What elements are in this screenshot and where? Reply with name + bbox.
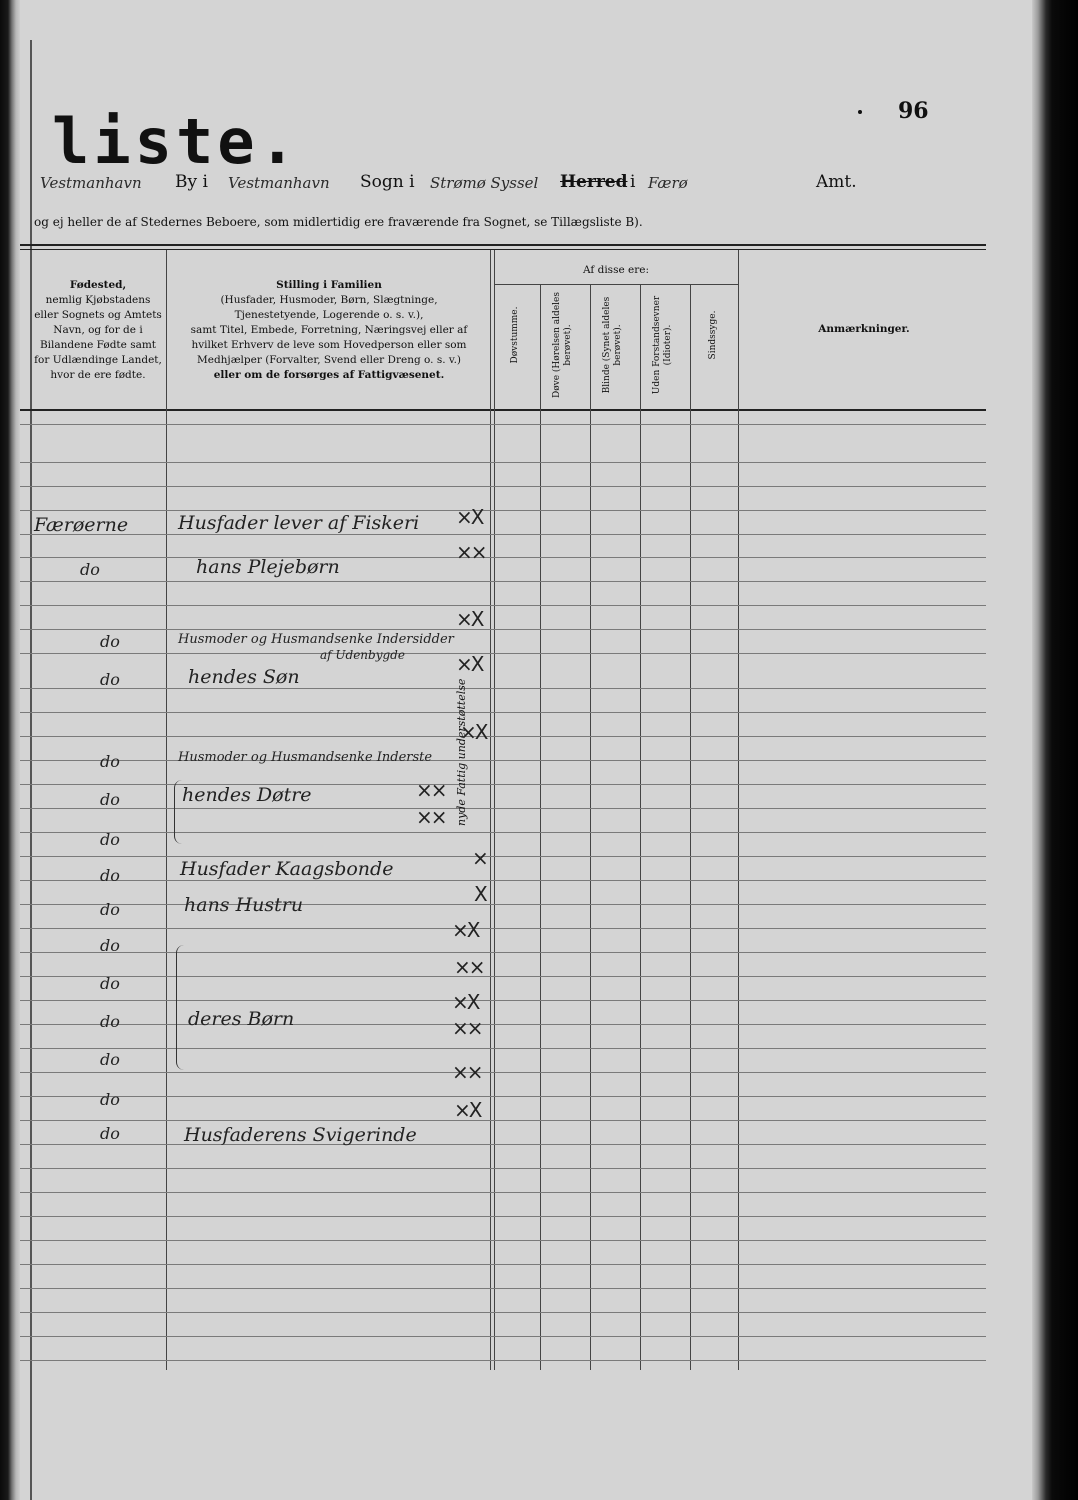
col-divider-7 bbox=[738, 250, 739, 1370]
row-rule bbox=[20, 784, 986, 785]
tally-mark: ×X bbox=[456, 505, 482, 529]
birthplace-entry: do bbox=[100, 670, 120, 689]
birthplace-line: Navn, og for de i bbox=[30, 323, 166, 338]
tally-mark: ×× bbox=[452, 1016, 482, 1040]
row-rule bbox=[20, 557, 986, 558]
row-rule bbox=[20, 928, 986, 929]
remarks-header: Anmærkninger. bbox=[742, 322, 986, 337]
position-entry: Husmoder og Husmandsenke Inderste bbox=[178, 750, 432, 765]
location-line: Vestmanhavn By i Vestmanhavn Sogn i Strø… bbox=[20, 172, 1020, 202]
birthplace-entry: do bbox=[100, 830, 120, 849]
col-divider-2b bbox=[494, 250, 495, 1370]
district-handwritten: Strømø Syssel bbox=[430, 174, 538, 192]
row-rule bbox=[20, 629, 986, 630]
position-line: hvilket Erhverv de leve som Hovedperson … bbox=[170, 338, 488, 353]
row-rule bbox=[20, 1216, 986, 1217]
row-rule bbox=[20, 1144, 986, 1145]
grouping-brace bbox=[176, 945, 185, 1070]
row-rule bbox=[20, 1168, 986, 1169]
col-divider-5 bbox=[640, 284, 641, 1370]
row-rule bbox=[20, 1096, 986, 1097]
tally-mark: ×× bbox=[452, 1060, 482, 1084]
page-number: 96 bbox=[898, 98, 929, 124]
city-handwritten: Vestmanhavn bbox=[40, 174, 142, 192]
row-rule bbox=[20, 605, 986, 606]
instruction-note: og ej heller de af Stedernes Beboere, so… bbox=[34, 215, 643, 229]
row-rule bbox=[20, 462, 986, 463]
i-label: i bbox=[630, 172, 635, 192]
tally-mark: ×X bbox=[456, 652, 482, 676]
tally-mark: ×X bbox=[452, 990, 478, 1014]
row-rule bbox=[20, 1120, 986, 1121]
tally-mark: × bbox=[472, 846, 487, 870]
row-rule bbox=[20, 1240, 986, 1241]
position-entry: deres Børn bbox=[188, 1008, 294, 1030]
birthplace-entry: do bbox=[100, 866, 120, 885]
birthplace-entry: do bbox=[100, 1124, 120, 1143]
row-rule bbox=[20, 1000, 986, 1001]
af-disse-ere-header: Af disse ere: bbox=[494, 263, 738, 278]
position-entry: hendes Døtre bbox=[182, 784, 312, 806]
header-top-rule bbox=[20, 244, 986, 246]
col-divider-3 bbox=[540, 284, 541, 1370]
row-rule bbox=[20, 832, 986, 833]
birthplace-entry: do bbox=[100, 790, 120, 809]
row-rule bbox=[20, 510, 986, 511]
census-page: liste. 96 Vestmanhavn By i Vestmanhavn S… bbox=[20, 0, 1032, 1500]
birthplace-line: hvor de ere fødte. bbox=[30, 368, 166, 383]
row-rule bbox=[20, 424, 986, 425]
position-line: Tjenestetyende, Logerende o. s. v.), bbox=[170, 308, 488, 323]
header-top-rule-2 bbox=[20, 249, 986, 250]
birthplace-entry: do bbox=[100, 1050, 120, 1069]
row-rule bbox=[20, 1312, 986, 1313]
parish-handwritten: Vestmanhavn bbox=[228, 174, 330, 192]
binding-line bbox=[30, 40, 32, 1500]
birthplace-entry: Færøerne bbox=[34, 514, 128, 536]
col-divider-1 bbox=[166, 250, 167, 1370]
af-disse-rule bbox=[494, 284, 738, 285]
blind-header: Blinde (Synet aldeles berøvet). bbox=[602, 290, 624, 400]
position-entry: af Udenbygde bbox=[320, 648, 405, 662]
row-rule bbox=[20, 808, 986, 809]
position-entry: hendes Søn bbox=[188, 666, 300, 688]
position-entry: hans Hustru bbox=[184, 894, 303, 916]
row-rule bbox=[20, 976, 986, 977]
col-divider-4 bbox=[590, 284, 591, 1370]
page-title: liste. bbox=[52, 105, 300, 178]
birthplace-entry: do bbox=[80, 560, 100, 579]
by-label: By i bbox=[175, 172, 208, 192]
herred-label-struck: Herred bbox=[560, 172, 628, 192]
birthplace-line: Bilandene Fødte samt bbox=[30, 338, 166, 353]
position-entry: Husmoder og Husmandsenke Indersidder bbox=[178, 632, 454, 647]
birthplace-entry: do bbox=[100, 974, 120, 993]
row-rule bbox=[20, 1048, 986, 1049]
row-rule bbox=[20, 688, 986, 689]
amt-label: Amt. bbox=[816, 172, 857, 192]
row-rule bbox=[20, 1360, 986, 1361]
row-rule bbox=[20, 653, 986, 654]
birthplace-entry: do bbox=[100, 1012, 120, 1031]
tally-mark: ×× bbox=[456, 540, 486, 564]
birthplace-entry: do bbox=[100, 632, 120, 651]
position-title: Stilling i Familien bbox=[276, 279, 382, 291]
row-rule bbox=[20, 1264, 986, 1265]
row-rule bbox=[20, 880, 986, 881]
row-rule bbox=[20, 1288, 986, 1289]
deaf-header: Døve (Hørelsen aldeles berøvet). bbox=[552, 290, 574, 400]
position-entry: Husfader lever af Fiskeri bbox=[178, 512, 419, 534]
birthplace-entry: do bbox=[100, 1090, 120, 1109]
position-entry: hans Plejebørn bbox=[196, 556, 340, 578]
sogn-label: Sogn i bbox=[360, 172, 415, 192]
birthplace-line: for Udlændinge Landet, bbox=[30, 353, 166, 368]
tally-mark: ×X bbox=[452, 918, 478, 942]
tally-mark: ×X bbox=[460, 720, 486, 744]
row-rule bbox=[20, 904, 986, 905]
insane-header: Sindssyge. bbox=[708, 295, 719, 375]
birthplace-entry: do bbox=[100, 752, 120, 771]
row-rule bbox=[20, 856, 986, 857]
row-rule bbox=[20, 581, 986, 582]
row-rule bbox=[20, 1072, 986, 1073]
position-entry: Husfaderens Svigerinde bbox=[184, 1124, 417, 1146]
row-rule bbox=[20, 1192, 986, 1193]
position-line: (Husfader, Husmoder, Børn, Slægtninge, bbox=[170, 293, 488, 308]
row-rule bbox=[20, 712, 986, 713]
tally-mark: ×× bbox=[416, 805, 446, 829]
decorative-dot bbox=[858, 110, 862, 114]
idiot-header: Uden Forstandsevner (Idioter). bbox=[652, 290, 674, 400]
row-rule bbox=[20, 736, 986, 737]
tally-mark: ×× bbox=[454, 955, 484, 979]
tally-mark: ×× bbox=[416, 778, 446, 802]
county-handwritten: Færø bbox=[648, 174, 688, 192]
row-rule bbox=[20, 1024, 986, 1025]
birthplace-entry: do bbox=[100, 936, 120, 955]
position-line: samt Titel, Embede, Forretning, Næringsv… bbox=[170, 323, 488, 338]
header-bottom-rule bbox=[20, 409, 986, 411]
tally-mark: ×X bbox=[454, 1098, 480, 1122]
position-line: Medhjælper (Forvalter, Svend eller Dreng… bbox=[170, 353, 488, 368]
row-rule bbox=[20, 486, 986, 487]
tally-mark: ×X bbox=[456, 607, 482, 631]
row-rule bbox=[20, 952, 986, 953]
row-rule bbox=[20, 760, 986, 761]
right-page-edge bbox=[1032, 0, 1078, 1500]
position-header: Stilling i Familien (Husfader, Husmoder,… bbox=[170, 278, 488, 383]
row-rule bbox=[20, 1336, 986, 1337]
birthplace-line: eller Sognets og Amtets bbox=[30, 308, 166, 323]
left-page-edge bbox=[0, 0, 20, 1500]
birthplace-header: Fødested, nemlig Kjøbstadens eller Sogne… bbox=[30, 278, 166, 383]
birthplace-line: nemlig Kjøbstadens bbox=[30, 293, 166, 308]
deaf-mute-header: Døvstumme. bbox=[510, 290, 521, 380]
tally-mark: X bbox=[474, 882, 486, 906]
row-rule bbox=[20, 534, 986, 535]
position-entry: Husfader Kaagsbonde bbox=[180, 858, 393, 880]
birthplace-title: Fødested, bbox=[70, 279, 126, 291]
col-divider-6 bbox=[690, 284, 691, 1370]
col-divider-2 bbox=[490, 250, 491, 1370]
grouping-brace bbox=[174, 780, 183, 844]
position-line: eller om de forsørges af Fattigvæsenet. bbox=[170, 368, 488, 383]
birthplace-entry: do bbox=[100, 900, 120, 919]
